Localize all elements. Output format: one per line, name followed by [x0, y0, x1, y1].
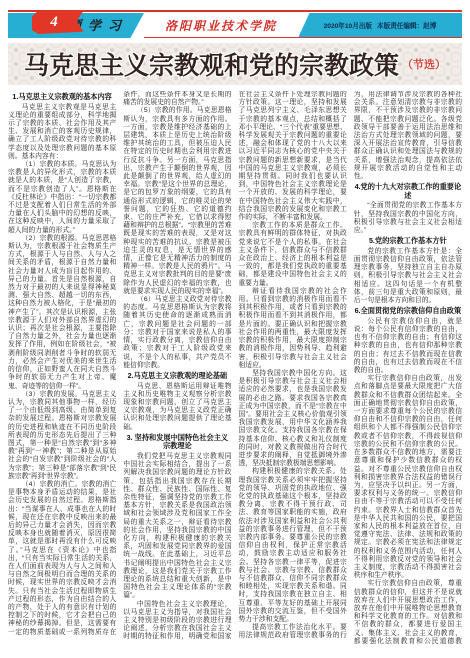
newspaper-page: 专题学习 洛阳职业技术学院 2020年10月出版 本版责任编辑：赵博 4 马克思…	[0, 0, 470, 658]
article-section-heading: 1.马克思主义宗教观的基本内容	[8, 93, 116, 102]
article-title: 马克思主义宗教观和党的宗教政策	[24, 46, 399, 82]
article-section-heading: 5.党的宗教工作基本方针	[354, 237, 462, 246]
article-section-heading: 4.党的十九大对宗教工作的重要论述	[354, 183, 462, 200]
article-paragraph: （3）宗教的发展。马克思主义认为，宗教同其他事物一样，经历了一个由低级到高级、由…	[8, 391, 116, 481]
article-subtitle: （节选）	[402, 56, 446, 72]
article-paragraph: 实行宗教信仰自由政策，出发点和落脚点是要最大限度把广大信教群众和不信教群众团结起…	[354, 375, 462, 580]
title-banner: 马克思主义宗教观和党的宗教政策 （节选）	[8, 43, 462, 85]
article-paragraph: 马克思、恩格斯运用辩证唯物主义和历史唯物主义观察分析宗教现象和宗教问题，创立了马…	[123, 383, 231, 432]
article-paragraph: 我们党把马克思主义宗教观同中国社会实际相结合，提出了一系列解决我国宗教问题的理论…	[123, 453, 231, 601]
school-name: 洛阳职业技术学院	[165, 17, 277, 34]
article-paragraph: 宗教工作的本质是群众工作。宗教具有鲜明的群体特征，对执政党来说它不是个人的私事。…	[239, 222, 347, 288]
editor-info: 本版责任编辑：赵博	[377, 20, 436, 30]
article-paragraph: （6）马克思主义政党对待宗教的态度。马克思恩格斯认为宗教将随着其历史使命的逐渐成…	[123, 296, 231, 370]
publish-info: 2020年10月出版	[324, 20, 372, 30]
masthead-school-bar: 洛阳职业技术学院	[144, 13, 298, 38]
article-section-heading: 6.全面贯彻党的宗教信仰自由政策	[354, 307, 462, 316]
article-columns: 1.马克思主义宗教观的基本内容马克思主义宗教观是马克思主义理论的重要组成部分，科…	[8, 91, 462, 647]
article-section-heading: 3. 坚持和发展中国特色社会主义宗教理论	[123, 434, 231, 451]
article-section-heading: 2.马克思主义宗教观的理论基础	[123, 372, 231, 381]
masthead-issue-bar: 2020年10月出版 本版责任编辑：赵博	[298, 13, 462, 38]
article-paragraph: 党的宗教工作基本方针是：全面贯彻宗教信仰自由政策，依法管理宗教事务，坚持独立自主…	[354, 248, 462, 305]
article-paragraph: 公民有宗教信仰自由，就是说：每个公民有信仰宗教的自由，也有不信仰宗教的自由；有信…	[354, 318, 462, 375]
article-paragraph: 马克思主义宗教观是马克思主义理论的重要组成部分，科学地揭示了宗教的本质、社会作用…	[8, 104, 116, 161]
masthead: 专题学习 洛阳职业技术学院 2020年10月出版 本版责任编辑：赵博 4	[8, 10, 462, 39]
article-paragraph: 坚持我国宗教中国化方向。这是积极引导宗教与社会主义社会相适应的必然要求，也是我国…	[239, 370, 347, 468]
article-paragraph: （2）宗教的根源。马克思恩格斯认为，宗教根源于社会物质生产方式，根源于人与自然、…	[8, 235, 116, 391]
article-paragraph: （5）宗教的作用。马克思恩格斯认为，宗教具有多方面的作用。一方面，宗教是维护经济…	[123, 107, 231, 296]
page-number-flag-icon: 4	[32, 10, 84, 34]
article-paragraph: （1）宗教的本质。马克思认为宗教是人的异化形式，宗教的本质就是人的本质，是“人创…	[8, 161, 116, 235]
article-paragraph: 构建积极健康的宗教关系。处理我国宗教关系必须牢牢把握坚持党的领导、巩固党的执政地…	[239, 468, 347, 624]
article-paragraph: 辩证看待我国宗教的社会作用。只看到宗教的消极作用而看不到其积极作用，或者只看到宗…	[239, 288, 347, 370]
article-paragraph: “全面贯彻党的宗教工作基本方针，坚持我国宗教的中国化方向，积极引导宗教与社会主义…	[354, 202, 462, 235]
page-number: 4	[50, 14, 58, 31]
